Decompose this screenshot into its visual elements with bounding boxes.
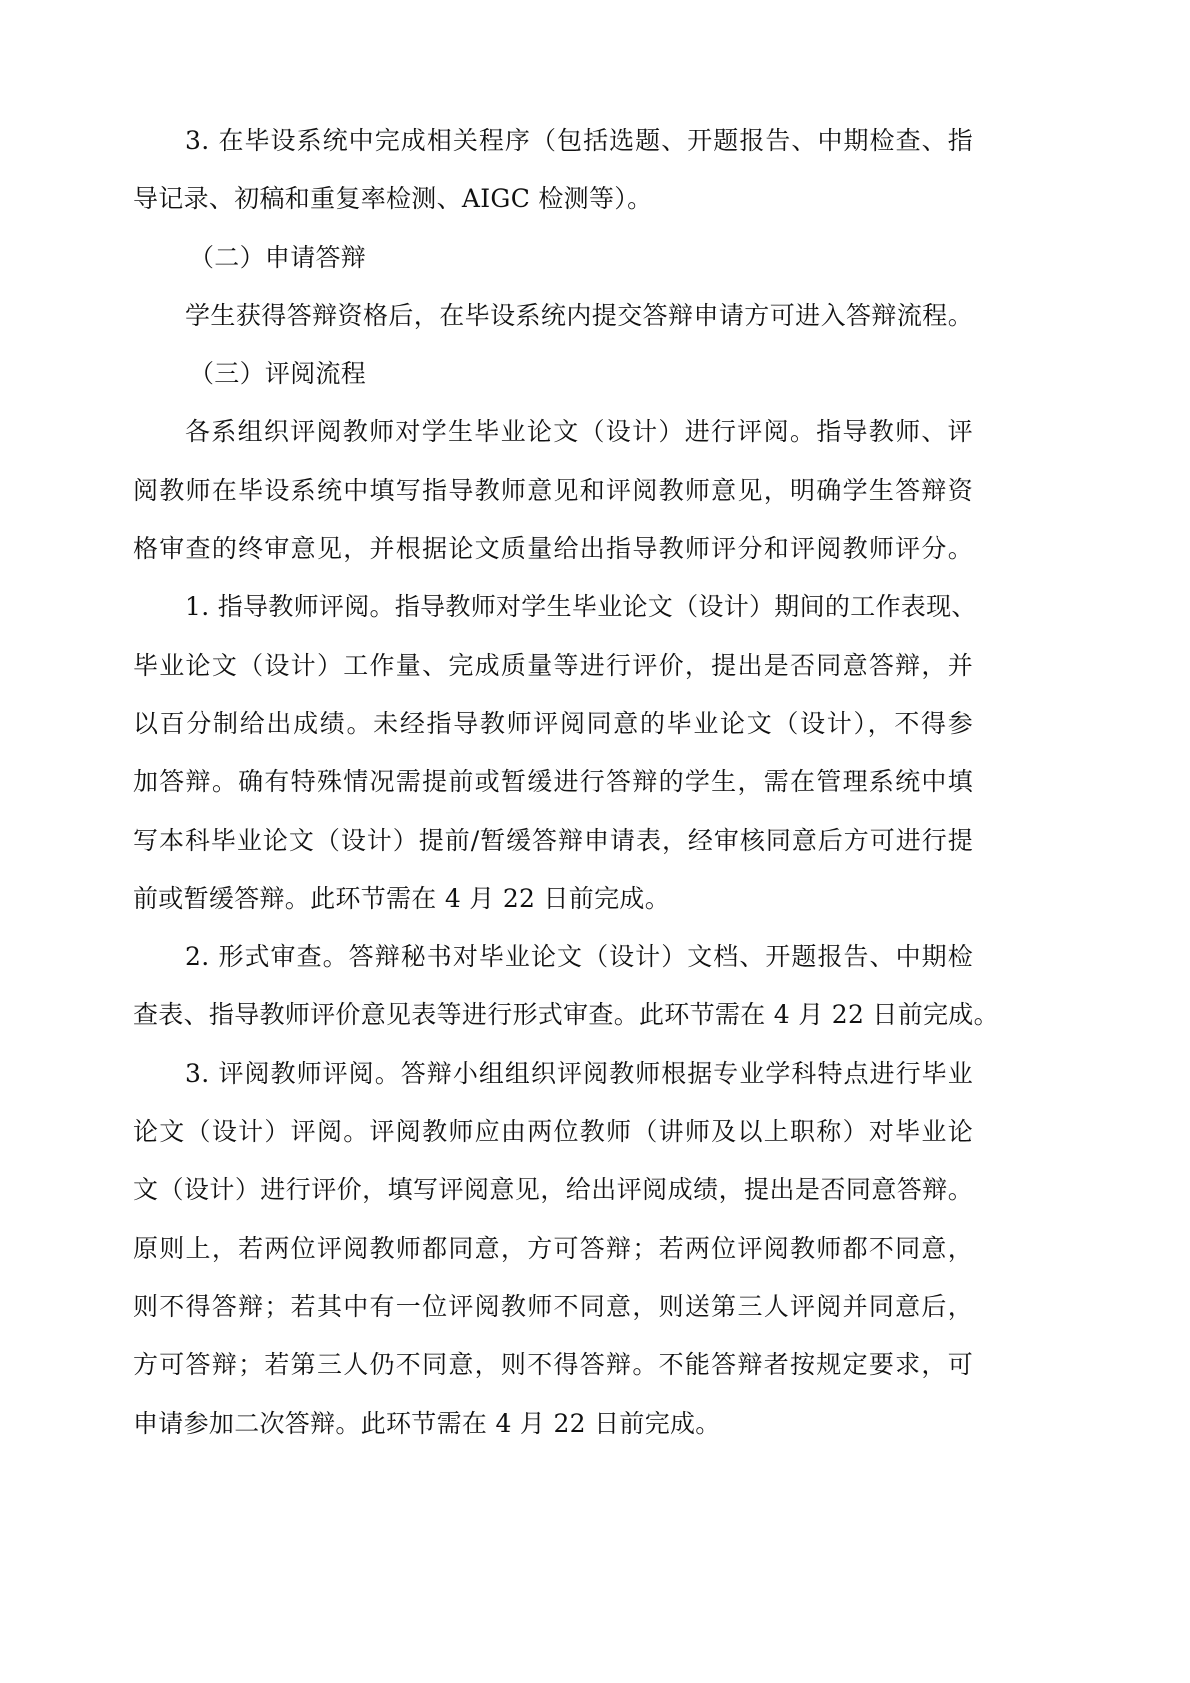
text-line: 各系组织评阅教师对学生毕业论文（设计）进行评阅。指导教师、评	[133, 403, 973, 461]
text-line: 2. 形式审查。答辩秘书对毕业论文（设计）文档、开题报告、中期检	[133, 928, 973, 986]
paragraph-item-3-system-procedures: 3. 在毕设系统中完成相关程序（包括选题、开题报告、中期检查、指 导记录、初稿和…	[133, 112, 973, 229]
text-line: 原则上，若两位评阅教师都同意，方可答辩；若两位评阅教师都不同意，	[133, 1220, 973, 1278]
paragraph-review-process-intro: 各系组织评阅教师对学生毕业论文（设计）进行评阅。指导教师、评 阅教师在毕设系统中…	[133, 403, 973, 578]
section-heading-apply-defense: （二）申请答辩	[133, 229, 973, 287]
text-line: 毕业论文（设计）工作量、完成质量等进行评价，提出是否同意答辩，并	[133, 637, 973, 695]
text-line: 导记录、初稿和重复率检测、AIGC 检测等）。	[133, 170, 973, 228]
text-line: 前或暂缓答辩。此环节需在 4 月 22 日前完成。	[133, 870, 973, 928]
text-line: 加答辩。确有特殊情况需提前或暂缓进行答辩的学生，需在管理系统中填	[133, 753, 973, 811]
text-line: 查表、指导教师评价意见表等进行形式审查。此环节需在 4 月 22 日前完成。	[133, 986, 973, 1044]
paragraph-item-3-reviewer-review: 3. 评阅教师评阅。答辩小组组织评阅教师根据专业学科特点进行毕业 论文（设计）评…	[133, 1045, 973, 1453]
paragraph-item-1-advisor-review: 1. 指导教师评阅。指导教师对学生毕业论文（设计）期间的工作表现、 毕业论文（设…	[133, 578, 973, 928]
paragraph-apply-defense: 学生获得答辩资格后，在毕设系统内提交答辩申请方可进入答辩流程。	[133, 287, 973, 345]
text-line: 文（设计）进行评价，填写评阅意见，给出评阅成绩，提出是否同意答辩。	[133, 1161, 973, 1219]
text-line: 3. 在毕设系统中完成相关程序（包括选题、开题报告、中期检查、指	[133, 112, 973, 170]
text-line: 写本科毕业论文（设计）提前/暂缓答辩申请表，经审核同意后方可进行提	[133, 812, 973, 870]
section-heading-review-process: （三）评阅流程	[133, 345, 973, 403]
text-line: 学生获得答辩资格后，在毕设系统内提交答辩申请方可进入答辩流程。	[133, 287, 973, 345]
text-line: 则不得答辩；若其中有一位评阅教师不同意，则送第三人评阅并同意后，	[133, 1278, 973, 1336]
text-line: 论文（设计）评阅。评阅教师应由两位教师（讲师及以上职称）对毕业论	[133, 1103, 973, 1161]
text-line: 方可答辩；若第三人仍不同意，则不得答辩。不能答辩者按规定要求，可	[133, 1336, 973, 1394]
text-line: 格审查的终审意见，并根据论文质量给出指导教师评分和评阅教师评分。	[133, 520, 973, 578]
text-line: 申请参加二次答辩。此环节需在 4 月 22 日前完成。	[133, 1395, 973, 1453]
text-line: 1. 指导教师评阅。指导教师对学生毕业论文（设计）期间的工作表现、	[133, 578, 973, 636]
text-line: 阅教师在毕设系统中填写指导教师意见和评阅教师意见，明确学生答辩资	[133, 462, 973, 520]
text-line: 3. 评阅教师评阅。答辩小组组织评阅教师根据专业学科特点进行毕业	[133, 1045, 973, 1103]
document-page: 3. 在毕设系统中完成相关程序（包括选题、开题报告、中期检查、指 导记录、初稿和…	[133, 112, 973, 1453]
paragraph-item-2-format-review: 2. 形式审查。答辩秘书对毕业论文（设计）文档、开题报告、中期检 查表、指导教师…	[133, 928, 973, 1045]
text-line: 以百分制给出成绩。未经指导教师评阅同意的毕业论文（设计），不得参	[133, 695, 973, 753]
